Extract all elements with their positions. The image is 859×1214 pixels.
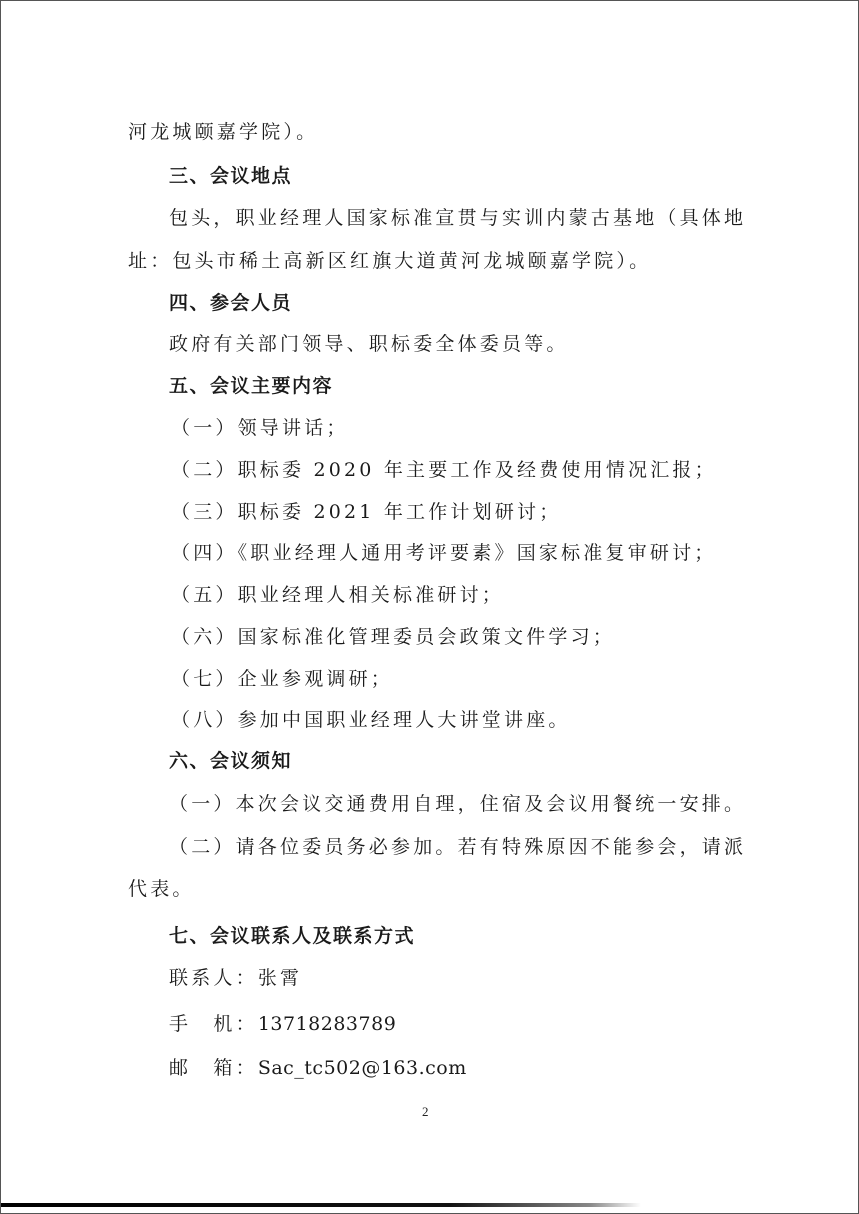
contact-phone: 手 机：13718283789 — [169, 1015, 396, 1034]
contact-email-value: Sac_tc502@163.com — [258, 1057, 467, 1079]
agenda-item-6: （六）国家标准化管理委员会政策文件学习； — [171, 628, 615, 647]
notice-item-2: （二）请各位委员务必参加。若有特殊原因不能参会，请派 — [169, 838, 746, 857]
contact-phone-label: 手 机： — [169, 1013, 258, 1035]
agenda-item-1: （一）领导讲话； — [171, 419, 349, 438]
venue-paragraph-line-1: 包头，职业经理人国家标准宣贯与实训内蒙古基地（具体地 — [169, 209, 746, 228]
attendees-paragraph: 政府有关部门领导、职标委全体委员等。 — [169, 335, 569, 354]
section-heading-contact: 七、会议联系人及联系方式 — [169, 927, 415, 946]
agenda-item-7: （七）企业参观调研； — [171, 670, 393, 689]
scan-edge-shadow — [1, 1203, 641, 1207]
agenda-item-4: （四）《职业经理人通用考评要素》国家标准复审研讨； — [171, 544, 717, 563]
contact-email: 邮 箱：Sac_tc502@163.com — [169, 1059, 467, 1078]
page-number: 2 — [422, 1104, 429, 1120]
document-page: 河龙城颐嘉学院）。 三、会议地点 包头，职业经理人国家标准宣贯与实训内蒙古基地（… — [0, 0, 859, 1214]
agenda-item-3: （三）职标委 2021 年工作计划研讨； — [171, 503, 561, 522]
continuation-text: 河龙城颐嘉学院）。 — [128, 123, 318, 142]
notice-item-2-continued: 代表。 — [128, 880, 195, 899]
venue-paragraph-line-2: 址：包头市稀土高新区红旗大道黄河龙城颐嘉学院）。 — [128, 252, 651, 271]
agenda-item-8: （八）参加中国职业经理人大讲堂讲座。 — [171, 711, 571, 730]
agenda-item-2: （二）职标委 2020 年主要工作及经费使用情况汇报； — [171, 461, 717, 480]
section-heading-venue: 三、会议地点 — [169, 167, 292, 186]
section-heading-notice: 六、会议须知 — [169, 752, 292, 771]
contact-person-label: 联系人： — [169, 967, 258, 989]
contact-email-label: 邮 箱： — [169, 1057, 258, 1079]
notice-item-1: （一）本次会议交通费用自理，住宿及会议用餐统一安排。 — [169, 795, 746, 814]
section-heading-attendees: 四、参会人员 — [169, 294, 292, 313]
contact-phone-value: 13718283789 — [258, 1013, 396, 1035]
contact-person-value: 张霄 — [258, 967, 302, 989]
section-heading-agenda: 五、会议主要内容 — [169, 377, 333, 396]
agenda-item-5: （五）职业经理人相关标准研讨； — [171, 586, 504, 605]
contact-person: 联系人：张霄 — [169, 969, 302, 988]
